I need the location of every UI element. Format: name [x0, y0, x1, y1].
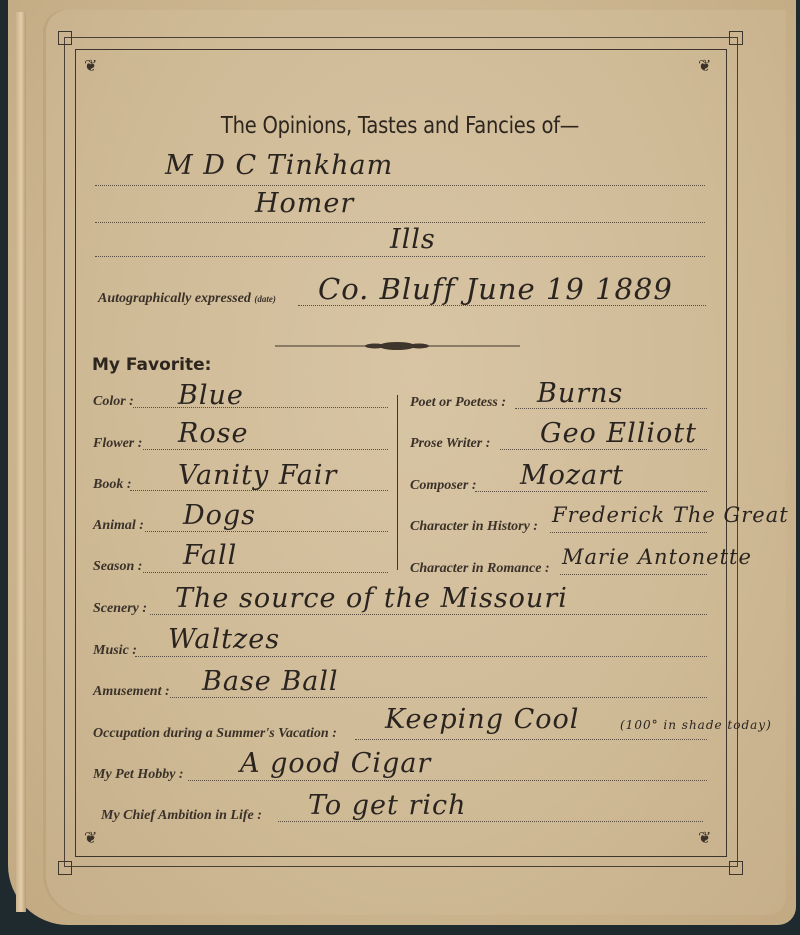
- leaf-spray-icon: ❦: [84, 828, 97, 848]
- vacation-occupation-value: Keeping Cool: [385, 704, 579, 735]
- prose-writer-value: Geo Elliott: [540, 418, 697, 449]
- leaf-spray-icon: ❦: [698, 828, 711, 848]
- leaf-spray-icon: ❦: [698, 56, 711, 76]
- flower-value: Rose: [178, 418, 248, 449]
- name-value: M D C Tinkham: [165, 150, 393, 181]
- amusement-label: Amusement :: [93, 684, 170, 700]
- vacation-occupation-note: (100° in shade today): [620, 718, 772, 732]
- leaf-spray-icon: ❦: [84, 56, 97, 76]
- pet-hobby-line: [188, 780, 707, 781]
- scenery-label: Scenery :: [93, 601, 147, 617]
- scenery-value: The source of the Missouri: [175, 583, 568, 614]
- ambition-label: My Chief Ambition in Life :: [101, 808, 262, 824]
- scenery-line: [150, 614, 707, 615]
- book-label: Book :: [93, 477, 132, 493]
- name-line-3: [95, 256, 705, 257]
- date-label: Autographically expressed (date): [98, 291, 276, 307]
- season-line: [143, 572, 388, 573]
- flower-line: [143, 449, 388, 450]
- vacation-occupation-label: Occupation during a Summer's Vacation :: [93, 726, 337, 742]
- animal-label: Animal :: [93, 518, 144, 534]
- history-character-value: Frederick The Great: [552, 503, 789, 527]
- romance-character-value: Marie Antonette: [562, 545, 752, 569]
- pet-hobby-label: My Pet Hobby :: [93, 767, 184, 783]
- poet-value: Burns: [537, 378, 623, 409]
- history-character-label: Character in History :: [410, 519, 538, 535]
- romance-character-label: Character in Romance :: [410, 561, 550, 577]
- color-line: [133, 407, 388, 408]
- page-title: The Opinions, Tastes and Fancies of—: [60, 113, 740, 139]
- music-label: Music :: [93, 643, 137, 659]
- corner-ornament-top-left: [58, 31, 72, 45]
- animal-value: Dogs: [183, 500, 256, 531]
- page-spine: [16, 12, 26, 912]
- poet-label: Poet or Poetess :: [410, 395, 506, 411]
- corner-ornament-top-right: [729, 31, 743, 45]
- town-value: Homer: [255, 188, 354, 219]
- pet-hobby-value: A good Cigar: [240, 748, 431, 779]
- prose-writer-line: [500, 449, 707, 450]
- corner-ornament-bottom-right: [729, 861, 743, 875]
- ambition-line: [278, 821, 703, 822]
- composer-label: Composer :: [410, 478, 477, 494]
- composer-value: Mozart: [520, 460, 624, 491]
- romance-character-line: [560, 574, 707, 575]
- date-value: Co. Bluff June 19 1889: [318, 272, 673, 306]
- state-value: Ills: [390, 224, 436, 255]
- column-divider: [397, 395, 398, 570]
- prose-writer-label: Prose Writer :: [410, 436, 490, 452]
- composer-line: [475, 491, 707, 492]
- name-line-1: [95, 185, 705, 186]
- divider-ornament-icon: [275, 341, 520, 351]
- season-label: Season :: [93, 559, 142, 575]
- favorites-heading: My Favorite:: [92, 355, 211, 375]
- season-value: Fall: [183, 540, 237, 571]
- music-value: Waltzes: [168, 624, 280, 655]
- animal-line: [145, 531, 388, 532]
- flower-label: Flower :: [93, 436, 142, 452]
- vacation-occupation-line: [355, 739, 707, 740]
- ambition-value: To get rich: [308, 790, 467, 821]
- history-character-line: [550, 532, 707, 533]
- book-value: Vanity Fair: [178, 460, 337, 491]
- amusement-value: Base Ball: [202, 666, 339, 697]
- music-line: [135, 656, 707, 657]
- color-label: Color :: [93, 394, 134, 410]
- color-value: Blue: [178, 380, 244, 411]
- amusement-line: [170, 697, 707, 698]
- corner-ornament-bottom-left: [58, 861, 72, 875]
- name-line-2: [95, 222, 705, 223]
